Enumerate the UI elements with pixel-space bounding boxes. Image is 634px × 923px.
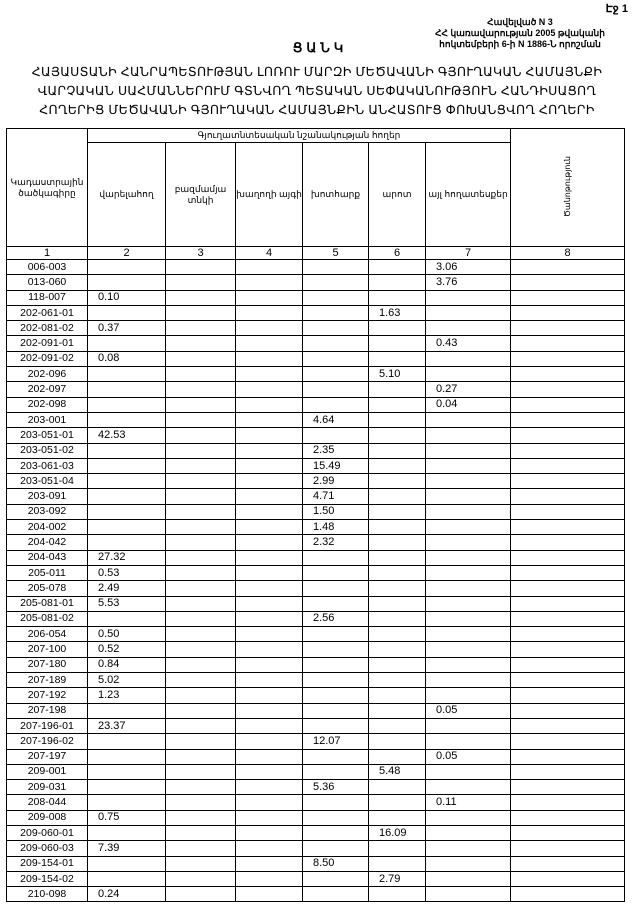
- area-cell: 0.05: [426, 749, 511, 764]
- area-cell: 15.49: [303, 458, 369, 473]
- table-row: 206-0540.50: [7, 627, 625, 642]
- area-cell: [166, 336, 236, 351]
- cadastral-code-cell: 204-043: [7, 550, 88, 565]
- area-cell: [511, 871, 625, 886]
- area-cell: 23.37: [88, 718, 166, 733]
- area-cell: [88, 795, 166, 810]
- area-cell: [511, 336, 625, 351]
- area-cell: [236, 565, 303, 580]
- area-cell: 12.07: [303, 734, 369, 749]
- table-row: 203-051-042.99: [7, 474, 625, 489]
- area-cell: [426, 688, 511, 703]
- table-row: 207-1000.52: [7, 642, 625, 657]
- area-cell: 5.02: [88, 673, 166, 688]
- area-cell: [236, 795, 303, 810]
- area-cell: [236, 673, 303, 688]
- cadastral-code-cell: 202-091-02: [7, 351, 88, 366]
- cadastral-code-cell: 204-002: [7, 520, 88, 535]
- area-cell: [88, 474, 166, 489]
- area-cell: [369, 275, 426, 290]
- area-cell: [426, 596, 511, 611]
- area-cell: [88, 260, 166, 275]
- heading-line-2: ՎԱՐՉԱԿԱՆ ՍԱՀՄԱՆՆԵՐՈՒՄ ԳՏՆՎՈՂ ՊԵՏԱԿԱՆ ՍԵՓ…: [10, 82, 624, 101]
- area-cell: [369, 887, 426, 902]
- area-cell: 16.09: [369, 825, 426, 840]
- area-cell: [369, 673, 426, 688]
- area-cell: [236, 290, 303, 305]
- area-cell: [511, 458, 625, 473]
- area-cell: [236, 657, 303, 672]
- area-cell: [166, 565, 236, 580]
- area-cell: [511, 260, 625, 275]
- page-number: Էջ 1: [606, 2, 628, 15]
- area-cell: [426, 504, 511, 519]
- area-cell: [303, 397, 369, 412]
- area-cell: [426, 520, 511, 535]
- area-cell: [236, 260, 303, 275]
- area-cell: [88, 734, 166, 749]
- area-cell: [369, 841, 426, 856]
- col-header-other-lands: այլ հողատեսքեր: [426, 143, 511, 247]
- area-cell: [369, 795, 426, 810]
- area-cell: [426, 412, 511, 427]
- area-cell: [88, 871, 166, 886]
- area-cell: [303, 550, 369, 565]
- area-cell: [369, 718, 426, 733]
- area-cell: [236, 871, 303, 886]
- area-cell: 0.43: [426, 336, 511, 351]
- area-cell: 0.52: [88, 642, 166, 657]
- column-number-row: 1 2 3 4 5 6 7 8: [7, 247, 625, 260]
- area-cell: [166, 428, 236, 443]
- area-cell: [369, 535, 426, 550]
- table-row: 202-091-010.43: [7, 336, 625, 351]
- area-cell: [166, 642, 236, 657]
- area-cell: [166, 581, 236, 596]
- table-row: 204-0422.32: [7, 535, 625, 550]
- area-cell: [236, 718, 303, 733]
- area-cell: [166, 688, 236, 703]
- area-cell: 2.35: [303, 443, 369, 458]
- group-header-agricultural-land: Գյուղատնտեսական նշանակության հողեր: [88, 129, 511, 143]
- area-cell: [369, 810, 426, 825]
- area-cell: [511, 321, 625, 336]
- area-cell: [369, 504, 426, 519]
- area-cell: [426, 367, 511, 382]
- area-cell: [511, 596, 625, 611]
- area-cell: [426, 887, 511, 902]
- table-row: 209-0080.75: [7, 810, 625, 825]
- cadastral-code-cell: 210-098: [7, 887, 88, 902]
- area-cell: [166, 627, 236, 642]
- area-cell: [426, 535, 511, 550]
- document-title: ՑԱՆԿ: [270, 40, 370, 56]
- table-row: 202-0965.10: [7, 367, 625, 382]
- area-cell: [511, 810, 625, 825]
- area-cell: [511, 734, 625, 749]
- cadastral-code-cell: 202-098: [7, 397, 88, 412]
- area-cell: [511, 627, 625, 642]
- table-row: 205-081-015.53: [7, 596, 625, 611]
- table-row: 203-051-0142.53: [7, 428, 625, 443]
- cadastral-code-cell: 006-003: [7, 260, 88, 275]
- cadastral-code-cell: 203-051-01: [7, 428, 88, 443]
- area-cell: [511, 565, 625, 580]
- area-cell: [511, 841, 625, 856]
- heading-line-3: ՀՈՂԵՐԻՑ ՄԵԾԱՎԱՆԻ ԳՅՈՒՂԱԿԱՆ ՀԱՄԱՅՆՔԻՆ ԱՆՀ…: [10, 101, 624, 120]
- area-cell: [369, 382, 426, 397]
- area-cell: [303, 718, 369, 733]
- area-cell: [166, 749, 236, 764]
- area-cell: [511, 504, 625, 519]
- table-row: 208-0440.11: [7, 795, 625, 810]
- table-row: 202-091-020.08: [7, 351, 625, 366]
- col-number: 3: [166, 247, 236, 260]
- cadastral-code-cell: 203-092: [7, 504, 88, 519]
- area-cell: [369, 611, 426, 626]
- area-cell: [166, 550, 236, 565]
- area-cell: 0.75: [88, 810, 166, 825]
- table-row: 209-154-018.50: [7, 856, 625, 871]
- area-cell: [511, 764, 625, 779]
- area-cell: [426, 443, 511, 458]
- col-header-perennial: բազմամյա տնկի: [166, 143, 236, 247]
- cadastral-code-cell: 205-078: [7, 581, 88, 596]
- area-cell: [236, 351, 303, 366]
- area-cell: [236, 550, 303, 565]
- area-cell: [511, 581, 625, 596]
- area-cell: [303, 841, 369, 856]
- area-cell: [236, 474, 303, 489]
- table-row: 013-0603.76: [7, 275, 625, 290]
- area-cell: [236, 749, 303, 764]
- area-cell: 2.99: [303, 474, 369, 489]
- area-cell: [166, 841, 236, 856]
- cadastral-code-cell: 202-061-01: [7, 305, 88, 320]
- area-cell: 8.50: [303, 856, 369, 871]
- area-cell: [88, 336, 166, 351]
- col-number: 2: [88, 247, 166, 260]
- area-cell: [426, 305, 511, 320]
- area-cell: 0.04: [426, 397, 511, 412]
- area-cell: [369, 290, 426, 305]
- area-cell: [369, 657, 426, 672]
- area-cell: [88, 382, 166, 397]
- area-cell: [166, 856, 236, 871]
- area-cell: [369, 351, 426, 366]
- area-cell: [369, 734, 426, 749]
- table-body: 006-0033.06013-0603.76118-0070.10202-061…: [7, 260, 625, 902]
- area-cell: [303, 642, 369, 657]
- area-cell: [88, 367, 166, 382]
- area-cell: [369, 749, 426, 764]
- area-cell: [369, 397, 426, 412]
- area-cell: [426, 841, 511, 856]
- area-cell: [236, 642, 303, 657]
- cadastral-code-cell: 203-091: [7, 489, 88, 504]
- cadastral-code-cell: 209-154-01: [7, 856, 88, 871]
- cadastral-code-cell: 202-097: [7, 382, 88, 397]
- area-cell: 4.64: [303, 412, 369, 427]
- area-cell: [511, 290, 625, 305]
- area-cell: [236, 627, 303, 642]
- area-cell: [236, 489, 303, 504]
- col-number: 8: [511, 247, 625, 260]
- annex-line-1: Հավելված N 3: [420, 17, 620, 28]
- area-cell: [511, 489, 625, 504]
- area-cell: [236, 397, 303, 412]
- area-cell: [303, 382, 369, 397]
- cadastral-code-cell: 203-051-04: [7, 474, 88, 489]
- area-cell: [236, 305, 303, 320]
- area-cell: [303, 565, 369, 580]
- area-cell: 0.10: [88, 290, 166, 305]
- area-cell: [236, 856, 303, 871]
- area-cell: [426, 871, 511, 886]
- area-cell: [426, 321, 511, 336]
- area-cell: [88, 780, 166, 795]
- area-cell: [369, 458, 426, 473]
- area-cell: 5.48: [369, 764, 426, 779]
- area-cell: [369, 565, 426, 580]
- area-cell: [511, 611, 625, 626]
- cadastral-code-cell: 207-192: [7, 688, 88, 703]
- area-cell: 0.84: [88, 657, 166, 672]
- area-cell: [166, 504, 236, 519]
- table-row: 209-0315.36: [7, 780, 625, 795]
- area-cell: [511, 657, 625, 672]
- area-cell: 1.23: [88, 688, 166, 703]
- cadastral-code-cell: 207-197: [7, 749, 88, 764]
- table-row: 209-0015.48: [7, 764, 625, 779]
- table-row: 205-0110.53: [7, 565, 625, 580]
- area-cell: [166, 718, 236, 733]
- area-cell: [369, 336, 426, 351]
- area-cell: [303, 336, 369, 351]
- area-cell: [511, 887, 625, 902]
- col-number: 4: [236, 247, 303, 260]
- area-cell: 3.06: [426, 260, 511, 275]
- area-cell: [88, 535, 166, 550]
- area-cell: [511, 412, 625, 427]
- cadastral-code-cell: 207-196-01: [7, 718, 88, 733]
- area-cell: [511, 550, 625, 565]
- area-cell: [88, 504, 166, 519]
- area-cell: 2.79: [369, 871, 426, 886]
- heading-line-1: ՀԱՅԱՍՏԱՆԻ ՀԱՆՐԱՊԵՏՈՒԹՅԱՆ ԼՈՌՈՒ ՄԱՐԶԻ ՄԵԾ…: [10, 63, 624, 82]
- table-row: 203-0014.64: [7, 412, 625, 427]
- area-cell: [369, 703, 426, 718]
- table-row: 203-0914.71: [7, 489, 625, 504]
- area-cell: [426, 673, 511, 688]
- area-cell: 0.50: [88, 627, 166, 642]
- col-header-vineyard: խաղողի այգի: [236, 143, 303, 247]
- cadastral-code-cell: 209-008: [7, 810, 88, 825]
- area-cell: [88, 489, 166, 504]
- area-cell: [166, 795, 236, 810]
- area-cell: 5.53: [88, 596, 166, 611]
- cadastral-code-cell: 013-060: [7, 275, 88, 290]
- area-cell: [369, 321, 426, 336]
- area-cell: 5.36: [303, 780, 369, 795]
- col-header-cadastral-code: Կադաստրային ծածկագիրը: [7, 129, 88, 247]
- area-cell: [166, 489, 236, 504]
- area-cell: [369, 260, 426, 275]
- area-cell: [369, 688, 426, 703]
- area-cell: [166, 412, 236, 427]
- col-number: 6: [369, 247, 426, 260]
- area-cell: [511, 673, 625, 688]
- area-cell: [369, 412, 426, 427]
- area-cell: [166, 887, 236, 902]
- col-header-note: Ծանոթություն: [511, 129, 625, 247]
- table-row: 203-0921.50: [7, 504, 625, 519]
- area-cell: 0.08: [88, 351, 166, 366]
- area-cell: [166, 810, 236, 825]
- area-cell: [426, 642, 511, 657]
- area-cell: [303, 305, 369, 320]
- area-cell: [303, 596, 369, 611]
- area-cell: [88, 412, 166, 427]
- area-cell: [369, 443, 426, 458]
- area-cell: [166, 290, 236, 305]
- area-cell: 0.24: [88, 887, 166, 902]
- area-cell: [426, 856, 511, 871]
- area-cell: [166, 780, 236, 795]
- area-cell: [236, 443, 303, 458]
- table-row: 205-0782.49: [7, 581, 625, 596]
- area-cell: [88, 397, 166, 412]
- area-cell: [166, 825, 236, 840]
- area-cell: [236, 688, 303, 703]
- cadastral-code-cell: 208-044: [7, 795, 88, 810]
- area-cell: [426, 810, 511, 825]
- area-cell: [426, 627, 511, 642]
- cadastral-code-cell: 205-081-01: [7, 596, 88, 611]
- table-row: 209-060-0116.09: [7, 825, 625, 840]
- cadastral-code-cell: 203-001: [7, 412, 88, 427]
- area-cell: [303, 673, 369, 688]
- area-cell: 0.37: [88, 321, 166, 336]
- area-cell: [369, 489, 426, 504]
- cadastral-code-cell: 207-198: [7, 703, 88, 718]
- cadastral-code-cell: 202-091-01: [7, 336, 88, 351]
- area-cell: [511, 428, 625, 443]
- area-cell: [166, 596, 236, 611]
- area-cell: [511, 305, 625, 320]
- area-cell: [303, 688, 369, 703]
- area-cell: [236, 382, 303, 397]
- area-cell: [166, 871, 236, 886]
- area-cell: [236, 810, 303, 825]
- area-cell: 0.27: [426, 382, 511, 397]
- area-cell: [236, 428, 303, 443]
- area-cell: [369, 428, 426, 443]
- area-cell: 27.32: [88, 550, 166, 565]
- area-cell: 7.39: [88, 841, 166, 856]
- land-parcel-table: Կադաստրային ծածկագիրը Գյուղատնտեսական նշ…: [6, 128, 625, 902]
- cadastral-code-cell: 205-011: [7, 565, 88, 580]
- area-cell: [88, 825, 166, 840]
- area-cell: 1.50: [303, 504, 369, 519]
- area-cell: [426, 718, 511, 733]
- cadastral-code-cell: 207-189: [7, 673, 88, 688]
- area-cell: [303, 749, 369, 764]
- area-cell: 42.53: [88, 428, 166, 443]
- area-cell: [88, 749, 166, 764]
- table-row: 207-1921.23: [7, 688, 625, 703]
- table-row: 207-1800.84: [7, 657, 625, 672]
- area-cell: [511, 856, 625, 871]
- area-cell: [426, 550, 511, 565]
- area-cell: [236, 504, 303, 519]
- area-cell: [511, 703, 625, 718]
- area-cell: [236, 887, 303, 902]
- table-row: 202-081-020.37: [7, 321, 625, 336]
- area-cell: [511, 520, 625, 535]
- area-cell: 0.53: [88, 565, 166, 580]
- area-cell: [236, 703, 303, 718]
- area-cell: [303, 351, 369, 366]
- area-cell: 0.05: [426, 703, 511, 718]
- table-row: 205-081-022.56: [7, 611, 625, 626]
- area-cell: [303, 703, 369, 718]
- table-row: 203-061-0315.49: [7, 458, 625, 473]
- area-cell: [511, 795, 625, 810]
- cadastral-code-cell: 209-031: [7, 780, 88, 795]
- area-cell: [236, 275, 303, 290]
- cadastral-code-cell: 209-154-02: [7, 871, 88, 886]
- area-cell: [511, 443, 625, 458]
- area-cell: [426, 764, 511, 779]
- area-cell: [303, 581, 369, 596]
- area-cell: [511, 474, 625, 489]
- area-cell: [236, 458, 303, 473]
- area-cell: [426, 428, 511, 443]
- table-row: 118-0070.10: [7, 290, 625, 305]
- col-number: 5: [303, 247, 369, 260]
- area-cell: [236, 367, 303, 382]
- table-row: 202-0980.04: [7, 397, 625, 412]
- col-header-pasture: արոտ: [369, 143, 426, 247]
- area-cell: [426, 474, 511, 489]
- area-cell: [303, 321, 369, 336]
- col-number: 1: [7, 247, 88, 260]
- area-cell: [303, 795, 369, 810]
- area-cell: [426, 458, 511, 473]
- cadastral-code-cell: 207-100: [7, 642, 88, 657]
- area-cell: [166, 611, 236, 626]
- area-cell: [236, 581, 303, 596]
- area-cell: [511, 718, 625, 733]
- area-cell: [369, 780, 426, 795]
- area-cell: [511, 749, 625, 764]
- table-row: 207-196-0212.07: [7, 734, 625, 749]
- area-cell: [426, 780, 511, 795]
- area-cell: [426, 657, 511, 672]
- area-cell: [369, 550, 426, 565]
- area-cell: [166, 535, 236, 550]
- cadastral-code-cell: 204-042: [7, 535, 88, 550]
- cadastral-code-cell: 207-196-02: [7, 734, 88, 749]
- area-cell: [511, 688, 625, 703]
- area-cell: [166, 260, 236, 275]
- area-cell: 2.56: [303, 611, 369, 626]
- table-row: 006-0033.06: [7, 260, 625, 275]
- area-cell: [166, 367, 236, 382]
- area-cell: [236, 321, 303, 336]
- area-cell: [369, 581, 426, 596]
